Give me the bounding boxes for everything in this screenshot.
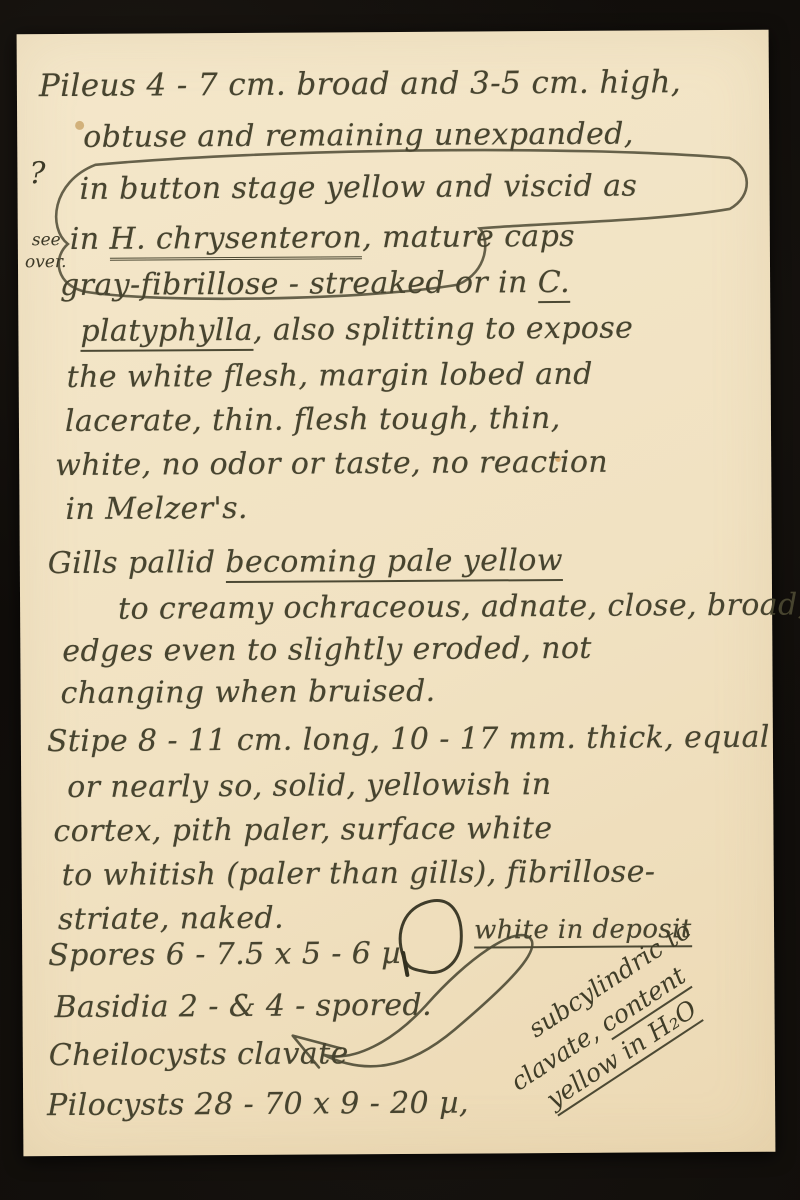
pileus-line-4: in H. chrysenteron, mature caps xyxy=(70,219,575,257)
gills-line-1-pre: Gills pallid xyxy=(48,545,226,581)
gills-line-2: to creamy ochraceous, adnate, close, bro… xyxy=(118,587,800,626)
pileus-line-8: lacerate, thin. flesh tough, thin, xyxy=(65,401,561,439)
diagonal-annotation: subcylindric to clavate, content yellow … xyxy=(473,862,800,1135)
pileus-line-2: obtuse and remaining unexpanded, xyxy=(83,117,634,155)
species-chrysenteron: H. chrysenteron xyxy=(109,220,362,261)
stipe-line-4: to whitish (paler than gills), fibrillos… xyxy=(62,854,656,893)
pileocystidia-line: Pilocysts 28 - 70 x 9 - 20 µ, xyxy=(47,1086,469,1124)
pileus-line-4-post: , mature caps xyxy=(362,219,575,255)
pileus-line-1: Pileus 4 - 7 cm. broad and 3-5 cm. high, xyxy=(39,64,681,104)
stipe-line-1: Stipe 8 - 11 cm. long, 10 - 17 mm. thick… xyxy=(47,720,770,759)
spore-sketch xyxy=(400,900,462,972)
index-card: ? see over. Pileus 4 - 7 cm. broad and 3… xyxy=(17,30,776,1157)
margin-note-see: see xyxy=(32,230,61,250)
margin-question-mark: ? xyxy=(29,156,45,191)
spore-measurement-line: Spores 6 - 7.5 x 5 - 6 µ xyxy=(48,936,401,973)
cheilocystidia-line: Cheilocysts clavate xyxy=(49,1036,349,1073)
pileus-line-5-pre: gray-fibrillose - streaked or in xyxy=(60,265,538,303)
pileus-line-6: platyphylla, also splitting to expose xyxy=(80,311,633,349)
gills-color-change-underlined: becoming pale yellow xyxy=(225,543,563,583)
pileus-line-7: the white flesh, margin lobed and xyxy=(67,357,593,395)
stipe-line-3: cortex, pith paler, surface white xyxy=(53,811,552,849)
species-platyphylla: platyphylla xyxy=(80,313,253,352)
pileus-line-5: gray-fibrillose - streaked or in C. xyxy=(60,265,570,303)
gills-line-4: changing when bruised. xyxy=(61,674,436,711)
species-c-abbrev: C. xyxy=(538,265,570,303)
stipe-line-2: or nearly so, solid, yellowish in xyxy=(67,767,552,805)
pileus-line-10: in Melzer's. xyxy=(65,491,248,527)
gills-line-1: Gills pallid becoming pale yellow xyxy=(48,543,563,581)
pileus-line-9: white, no odor or taste, no reaction xyxy=(55,445,608,483)
gills-line-3: edges even to slightly eroded, not xyxy=(62,631,592,669)
basidia-line: Basidia 2 - & 4 - spored. xyxy=(54,988,432,1025)
pileus-line-3: in button stage yellow and viscid as xyxy=(79,169,637,207)
photo-background: ? see over. Pileus 4 - 7 cm. broad and 3… xyxy=(0,0,800,1200)
pileus-line-6-post: , also splitting to expose xyxy=(253,311,633,348)
spore-sketch-apiculus xyxy=(403,953,407,975)
pileus-line-4-pre: in xyxy=(70,222,110,257)
stipe-line-5: striate, naked. xyxy=(58,901,284,937)
